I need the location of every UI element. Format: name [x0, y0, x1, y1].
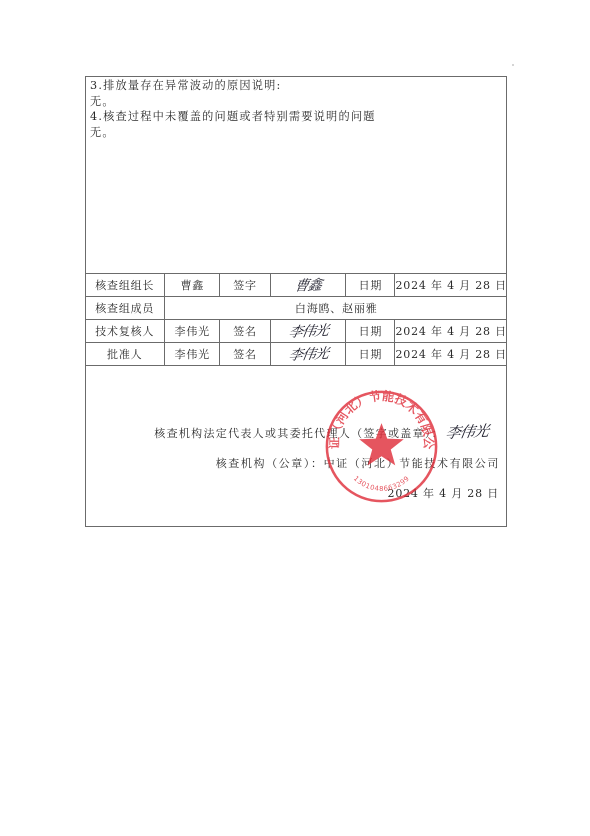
date-cell: 2024 年 4 月 28 日 [395, 274, 507, 297]
members-cell: 白海鸥、赵丽雅 [165, 297, 507, 320]
role-cell: 核查组成员 [85, 297, 165, 320]
signature-cell: 李伟光 [271, 343, 346, 366]
scan-speck [512, 64, 514, 66]
item4-answer: 无。 [90, 125, 502, 141]
verification-form-frame: 3.排放量存在异常波动的原因说明: 无。 4.核查过程中未覆盖的问题或者特别需要… [85, 76, 507, 527]
date-cell: 2024 年 4 月 28 日 [395, 343, 507, 366]
name-cell: 李伟光 [165, 343, 220, 366]
name-cell: 曹鑫 [165, 274, 220, 297]
institution-line: 核查机构（公章）：中证（河北）节能技术有限公司 [216, 455, 500, 471]
footer-date: 2024 年 4 月 28 日 [388, 485, 499, 501]
representative-line: 核查机构法定代表人或其委托代理人（签字或盖章）：李伟光 [154, 421, 488, 442]
handwritten-signature: 李伟光 [287, 320, 330, 342]
role-cell: 技术复核人 [85, 320, 165, 343]
signature-cell: 曹鑫 [271, 274, 346, 297]
sign-label-cell: 签字 [220, 274, 271, 297]
date-label-cell: 日期 [346, 274, 395, 297]
role-cell: 批准人 [85, 343, 165, 366]
table-row-team-leader: 核查组组长 曹鑫 签字 曹鑫 日期 2024 年 4 月 28 日 [85, 274, 507, 297]
date-label-cell: 日期 [346, 320, 395, 343]
sign-label-cell: 签名 [220, 320, 271, 343]
representative-label: 核查机构法定代表人或其委托代理人（签字或盖章）： [154, 427, 444, 440]
notes-section: 3.排放量存在异常波动的原因说明: 无。 4.核查过程中未覆盖的问题或者特别需要… [90, 78, 502, 140]
table-row-team-members: 核查组成员 白海鸥、赵丽雅 [85, 297, 507, 320]
handwritten-signature: 李伟光 [287, 343, 330, 365]
table-row-technical-reviewer: 技术复核人 李伟光 签名 李伟光 日期 2024 年 4 月 28 日 [85, 320, 507, 343]
date-cell: 2024 年 4 月 28 日 [395, 320, 507, 343]
table-row-approver: 批准人 李伟光 签名 李伟光 日期 2024 年 4 月 28 日 [85, 343, 507, 366]
item4-heading: 4.核查过程中未覆盖的问题或者特别需要说明的问题 [90, 109, 502, 125]
item3-answer: 无。 [90, 94, 502, 110]
role-cell: 核查组组长 [85, 274, 165, 297]
sign-label-cell: 签名 [220, 343, 271, 366]
handwritten-signature: 曹鑫 [293, 274, 322, 295]
name-cell: 李伟光 [165, 320, 220, 343]
representative-signature: 李伟光 [444, 420, 490, 443]
signature-table: 核查组组长 曹鑫 签字 曹鑫 日期 2024 年 4 月 28 日 核查组成员 … [85, 273, 507, 366]
signature-cell: 李伟光 [271, 320, 346, 343]
date-label-cell: 日期 [346, 343, 395, 366]
item3-heading: 3.排放量存在异常波动的原因说明: [90, 78, 502, 94]
